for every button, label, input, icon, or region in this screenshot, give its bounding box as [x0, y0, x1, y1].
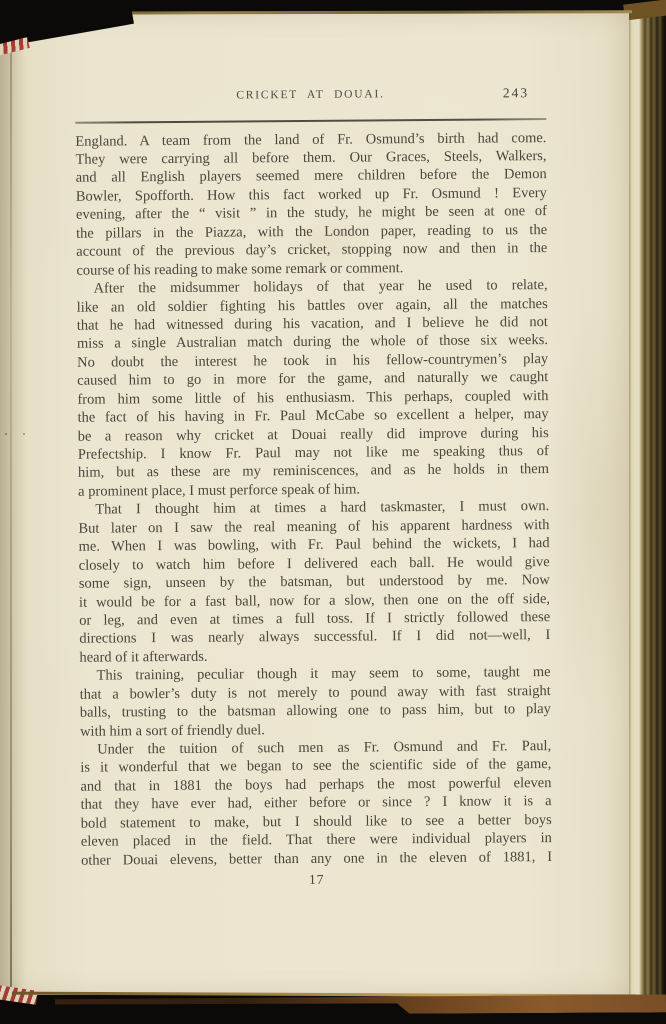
gutter-shadow [0, 13, 30, 995]
running-header: CRICKET AT DOUAI. 243 [75, 87, 546, 112]
page-number: 243 [503, 85, 529, 101]
running-head-title: CRICKET AT DOUAI. [75, 87, 546, 103]
signature-mark: 17 [81, 870, 552, 890]
text-line: balls, trusting to the batsman allowing … [80, 700, 551, 722]
gutter-fold-line [10, 43, 12, 995]
cover-board-edge [55, 994, 666, 1015]
text-line: other Douai elevens, better than any one… [81, 848, 552, 870]
book-page: CRICKET AT DOUAI. 243 England. A team fr… [0, 13, 629, 995]
text-line: him, but as these are my reminiscences, … [78, 460, 549, 482]
text-line: account of the previous day’s cricket, s… [76, 239, 547, 261]
header-rule [75, 118, 546, 123]
page-body: England. A team from the land of Fr. Osm… [75, 129, 552, 870]
page-content: CRICKET AT DOUAI. 243 England. A team fr… [75, 87, 552, 890]
fore-edge-page-stack [626, 6, 666, 1002]
text-line: directions I was nearly always successfu… [79, 626, 550, 648]
book-photo: CRICKET AT DOUAI. 243 England. A team fr… [0, 0, 666, 1024]
